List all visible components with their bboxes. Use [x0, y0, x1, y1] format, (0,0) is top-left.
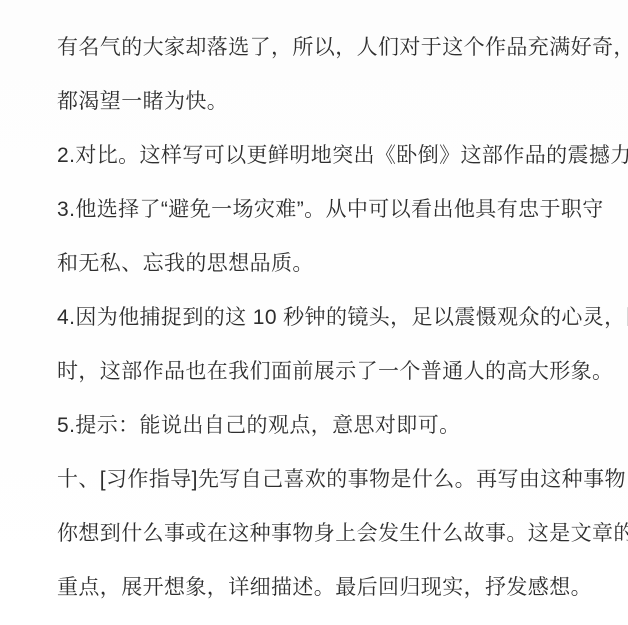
text-line: 2.对比。这样写可以更鲜明地突出《卧倒》这部作品的震撼力。	[57, 129, 618, 183]
text-line: 3.他选择了“避免一场灾难”。从中可以看出他具有忠于职守	[57, 183, 618, 237]
answer-text-block: 有名气的大家却落选了，所以，人们对于这个作品充满好奇， 都渴望一睹为快。 2.对…	[57, 21, 618, 615]
document-page: 有名气的大家却落选了，所以，人们对于这个作品充满好奇， 都渴望一睹为快。 2.对…	[0, 0, 628, 625]
text-line: 4.因为他捕捉到的这 10 秒钟的镜头，足以震慑观众的心灵，同	[57, 291, 618, 345]
text-line: 时，这部作品也在我们面前展示了一个普通人的高大形象。	[57, 345, 618, 399]
text-line: 都渴望一睹为快。	[57, 75, 618, 129]
text-line: 5.提示：能说出自己的观点，意思对即可。	[57, 399, 618, 453]
text-line: 你想到什么事或在这种事物身上会发生什么故事。这是文章的	[57, 507, 618, 561]
text-line: 和无私、忘我的思想品质。	[57, 237, 618, 291]
text-line: 十、[习作指导]先写自己喜欢的事物是什么。再写由这种事物	[57, 453, 618, 507]
text-line: 重点，展开想象，详细描述。最后回归现实，抒发感想。	[57, 561, 618, 615]
text-line: 有名气的大家却落选了，所以，人们对于这个作品充满好奇，	[57, 21, 618, 75]
